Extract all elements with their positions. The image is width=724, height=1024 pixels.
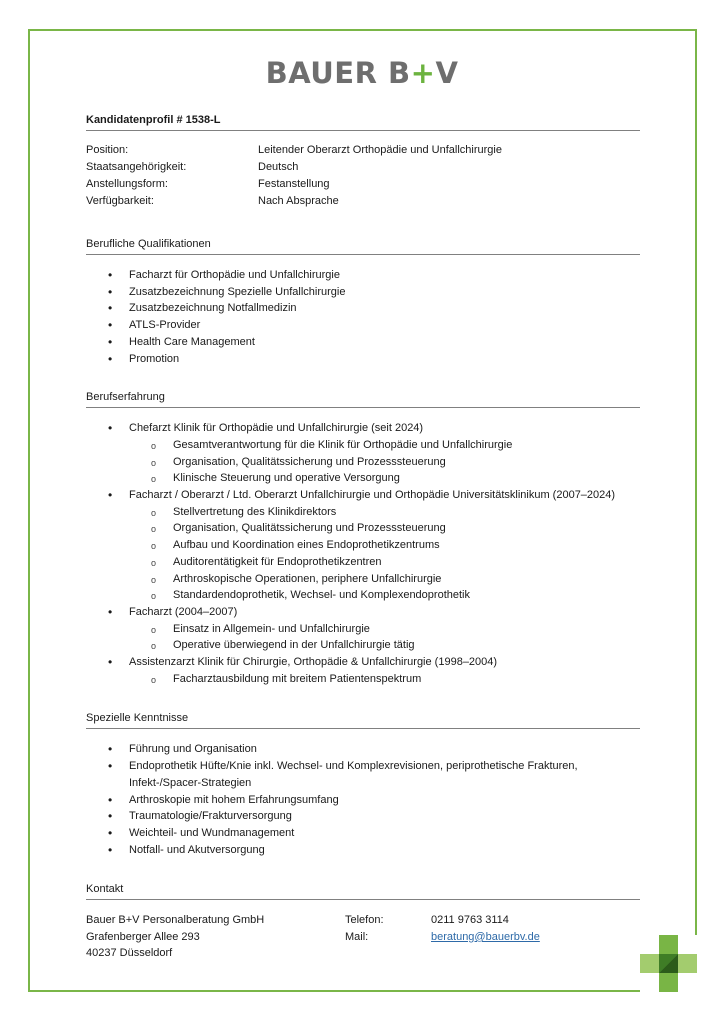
field-row: Staatsangehörigkeit:Deutsch	[86, 159, 640, 176]
list-item: Chefarzt Klinik für Orthopädie und Unfal…	[86, 420, 640, 437]
qualifications-section: Berufliche Qualifikationen Facharzt für …	[86, 237, 640, 367]
field-row: Verfügbarkeit:Nach Absprache	[86, 193, 640, 210]
experience-section: Berufserfahrung Chefarzt Klinik für Orth…	[86, 390, 640, 687]
street: Grafenberger Allee 293	[86, 929, 345, 946]
sub-list-item: Operative überwiegend in der Unfallchiru…	[86, 637, 640, 654]
list-item: Assistenzarzt Klinik für Chirurgie, Orth…	[86, 654, 640, 671]
list-item: Facharzt / Oberarzt / Ltd. Oberarzt Unfa…	[86, 487, 640, 504]
mail-label: Mail:	[345, 929, 431, 946]
sub-list-item: Organisation, Qualitätssicherung und Pro…	[86, 520, 640, 537]
contact-heading: Kontakt	[86, 882, 640, 900]
sub-list-item: Gesamtverantwortung für die Klinik für O…	[86, 437, 640, 454]
sub-list-item: Standardendoprothetik, Wechsel- und Komp…	[86, 587, 640, 604]
phone-number: 0211 9763 3114	[431, 912, 540, 929]
city: 40237 Düsseldorf	[86, 945, 345, 962]
list-item: Führung und Organisation	[86, 741, 640, 758]
list-item: Facharzt (2004–2007)	[86, 604, 640, 621]
skills-heading: Spezielle Kenntnisse	[86, 711, 640, 729]
green-cross-icon	[640, 935, 697, 992]
list-item: Arthroskopie mit hohem Erfahrungsumfang	[86, 792, 640, 809]
contact-address: Bauer B+V Personalberatung GmbH Grafenbe…	[86, 912, 345, 962]
list-item: Traumatologie/Frakturversorgung	[86, 808, 640, 825]
list-item: Promotion	[86, 351, 640, 368]
field-row: Anstellungsform:Festanstellung	[86, 176, 640, 193]
field-row: Position:Leitender Oberarzt Orthopädie u…	[86, 142, 640, 159]
qualifications-list: Facharzt für Orthopädie und Unfallchirur…	[86, 267, 640, 367]
frame-bottom-border	[28, 990, 640, 992]
sub-list-item: Einsatz in Allgemein- und Unfallchirurgi…	[86, 621, 640, 638]
skills-section: Spezielle Kenntnisse Führung und Organis…	[86, 711, 640, 858]
sub-list-item: Stellvertretung des Klinikdirektors	[86, 504, 640, 521]
sub-list-item: Facharztausbildung mit breitem Patienten…	[86, 671, 640, 688]
email-link[interactable]: beratung@bauerbv.de	[431, 931, 540, 943]
company-name: Bauer B+V Personalberatung GmbH	[86, 912, 345, 929]
list-item: Zusatzbezeichnung Notfallmedizin	[86, 300, 640, 317]
experience-heading: Berufserfahrung	[86, 390, 640, 408]
list-item: Weichteil- und Wundmanagement	[86, 825, 640, 842]
frame-left-border	[28, 29, 30, 992]
list-item: Notfall- und Akutversorgung	[86, 842, 640, 859]
qualifications-heading: Berufliche Qualifikationen	[86, 237, 640, 255]
sub-list-item: Arthroskopische Operationen, periphere U…	[86, 571, 640, 588]
profile-fields: Position:Leitender Oberarzt Orthopädie u…	[86, 142, 640, 210]
list-item: Zusatzbezeichnung Spezielle Unfallchirur…	[86, 284, 640, 301]
sub-list-item: Aufbau und Koordination eines Endoprothe…	[86, 537, 640, 554]
experience-list: Chefarzt Klinik für Orthopädie und Unfal…	[86, 420, 640, 687]
list-item: Endoprothetik Hüfte/Knie inkl. Wechsel- …	[86, 758, 640, 791]
list-item: Facharzt für Orthopädie und Unfallchirur…	[86, 267, 640, 284]
phone-label: Telefon:	[345, 912, 431, 929]
sub-list-item: Klinische Steuerung und operative Versor…	[86, 470, 640, 487]
company-logo: BAUER B+V	[0, 56, 724, 90]
sub-list-item: Auditorentätigkeit für Endoprothetikzent…	[86, 554, 640, 571]
skills-list: Führung und Organisation Endoprothetik H…	[86, 741, 640, 858]
profile-title: Kandidatenprofil # 1538-L	[86, 113, 640, 131]
logo-plus-icon: +	[411, 56, 436, 90]
profile-document: Kandidatenprofil # 1538-L Position:Leite…	[86, 113, 640, 962]
contact-section: Kontakt Bauer B+V Personalberatung GmbH …	[86, 882, 640, 962]
contact-block: Bauer B+V Personalberatung GmbH Grafenbe…	[86, 912, 640, 962]
sub-list-item: Organisation, Qualitätssicherung und Pro…	[86, 454, 640, 471]
list-item: Health Care Management	[86, 334, 640, 351]
list-item: ATLS-Provider	[86, 317, 640, 334]
frame-top-border	[28, 29, 697, 31]
frame-right-border	[695, 29, 697, 935]
